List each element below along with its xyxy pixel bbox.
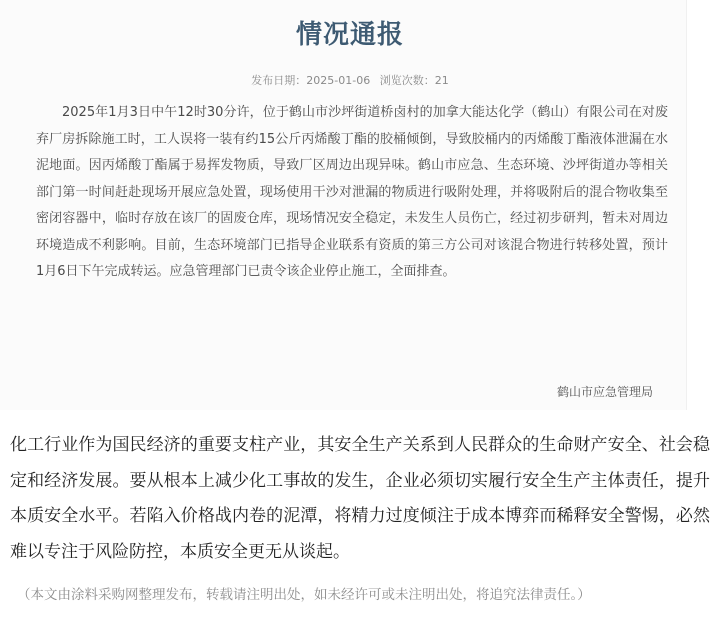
article-paragraph: 化工行业作为国民经济的重要支柱产业，其安全生产关系到人民群众的生命财产安全、社会… xyxy=(10,428,710,570)
notice-signature: 鹤山市应急管理局 xyxy=(557,383,653,400)
notice-title: 情况通报 xyxy=(0,14,700,51)
publish-date: 发布日期：2025-01-06 xyxy=(251,74,370,87)
notice-body-text: 2025年1月3日中午12时30分许，位于鹤山市沙坪街道桥卤村的加拿大能达化学（… xyxy=(36,100,668,286)
notice-screenshot-image: 情况通报 发布日期：2025-01-06 浏览次数：21 2025年1月3日中午… xyxy=(0,0,687,410)
view-count: 浏览次数：21 xyxy=(380,74,449,87)
notice-meta: 发布日期：2025-01-06 浏览次数：21 xyxy=(0,72,700,88)
copyright-footnote: （本文由涂料采购网整理发布，转载请注明出处，如未经许可或未注明出处，将追究法律责… xyxy=(17,583,591,603)
